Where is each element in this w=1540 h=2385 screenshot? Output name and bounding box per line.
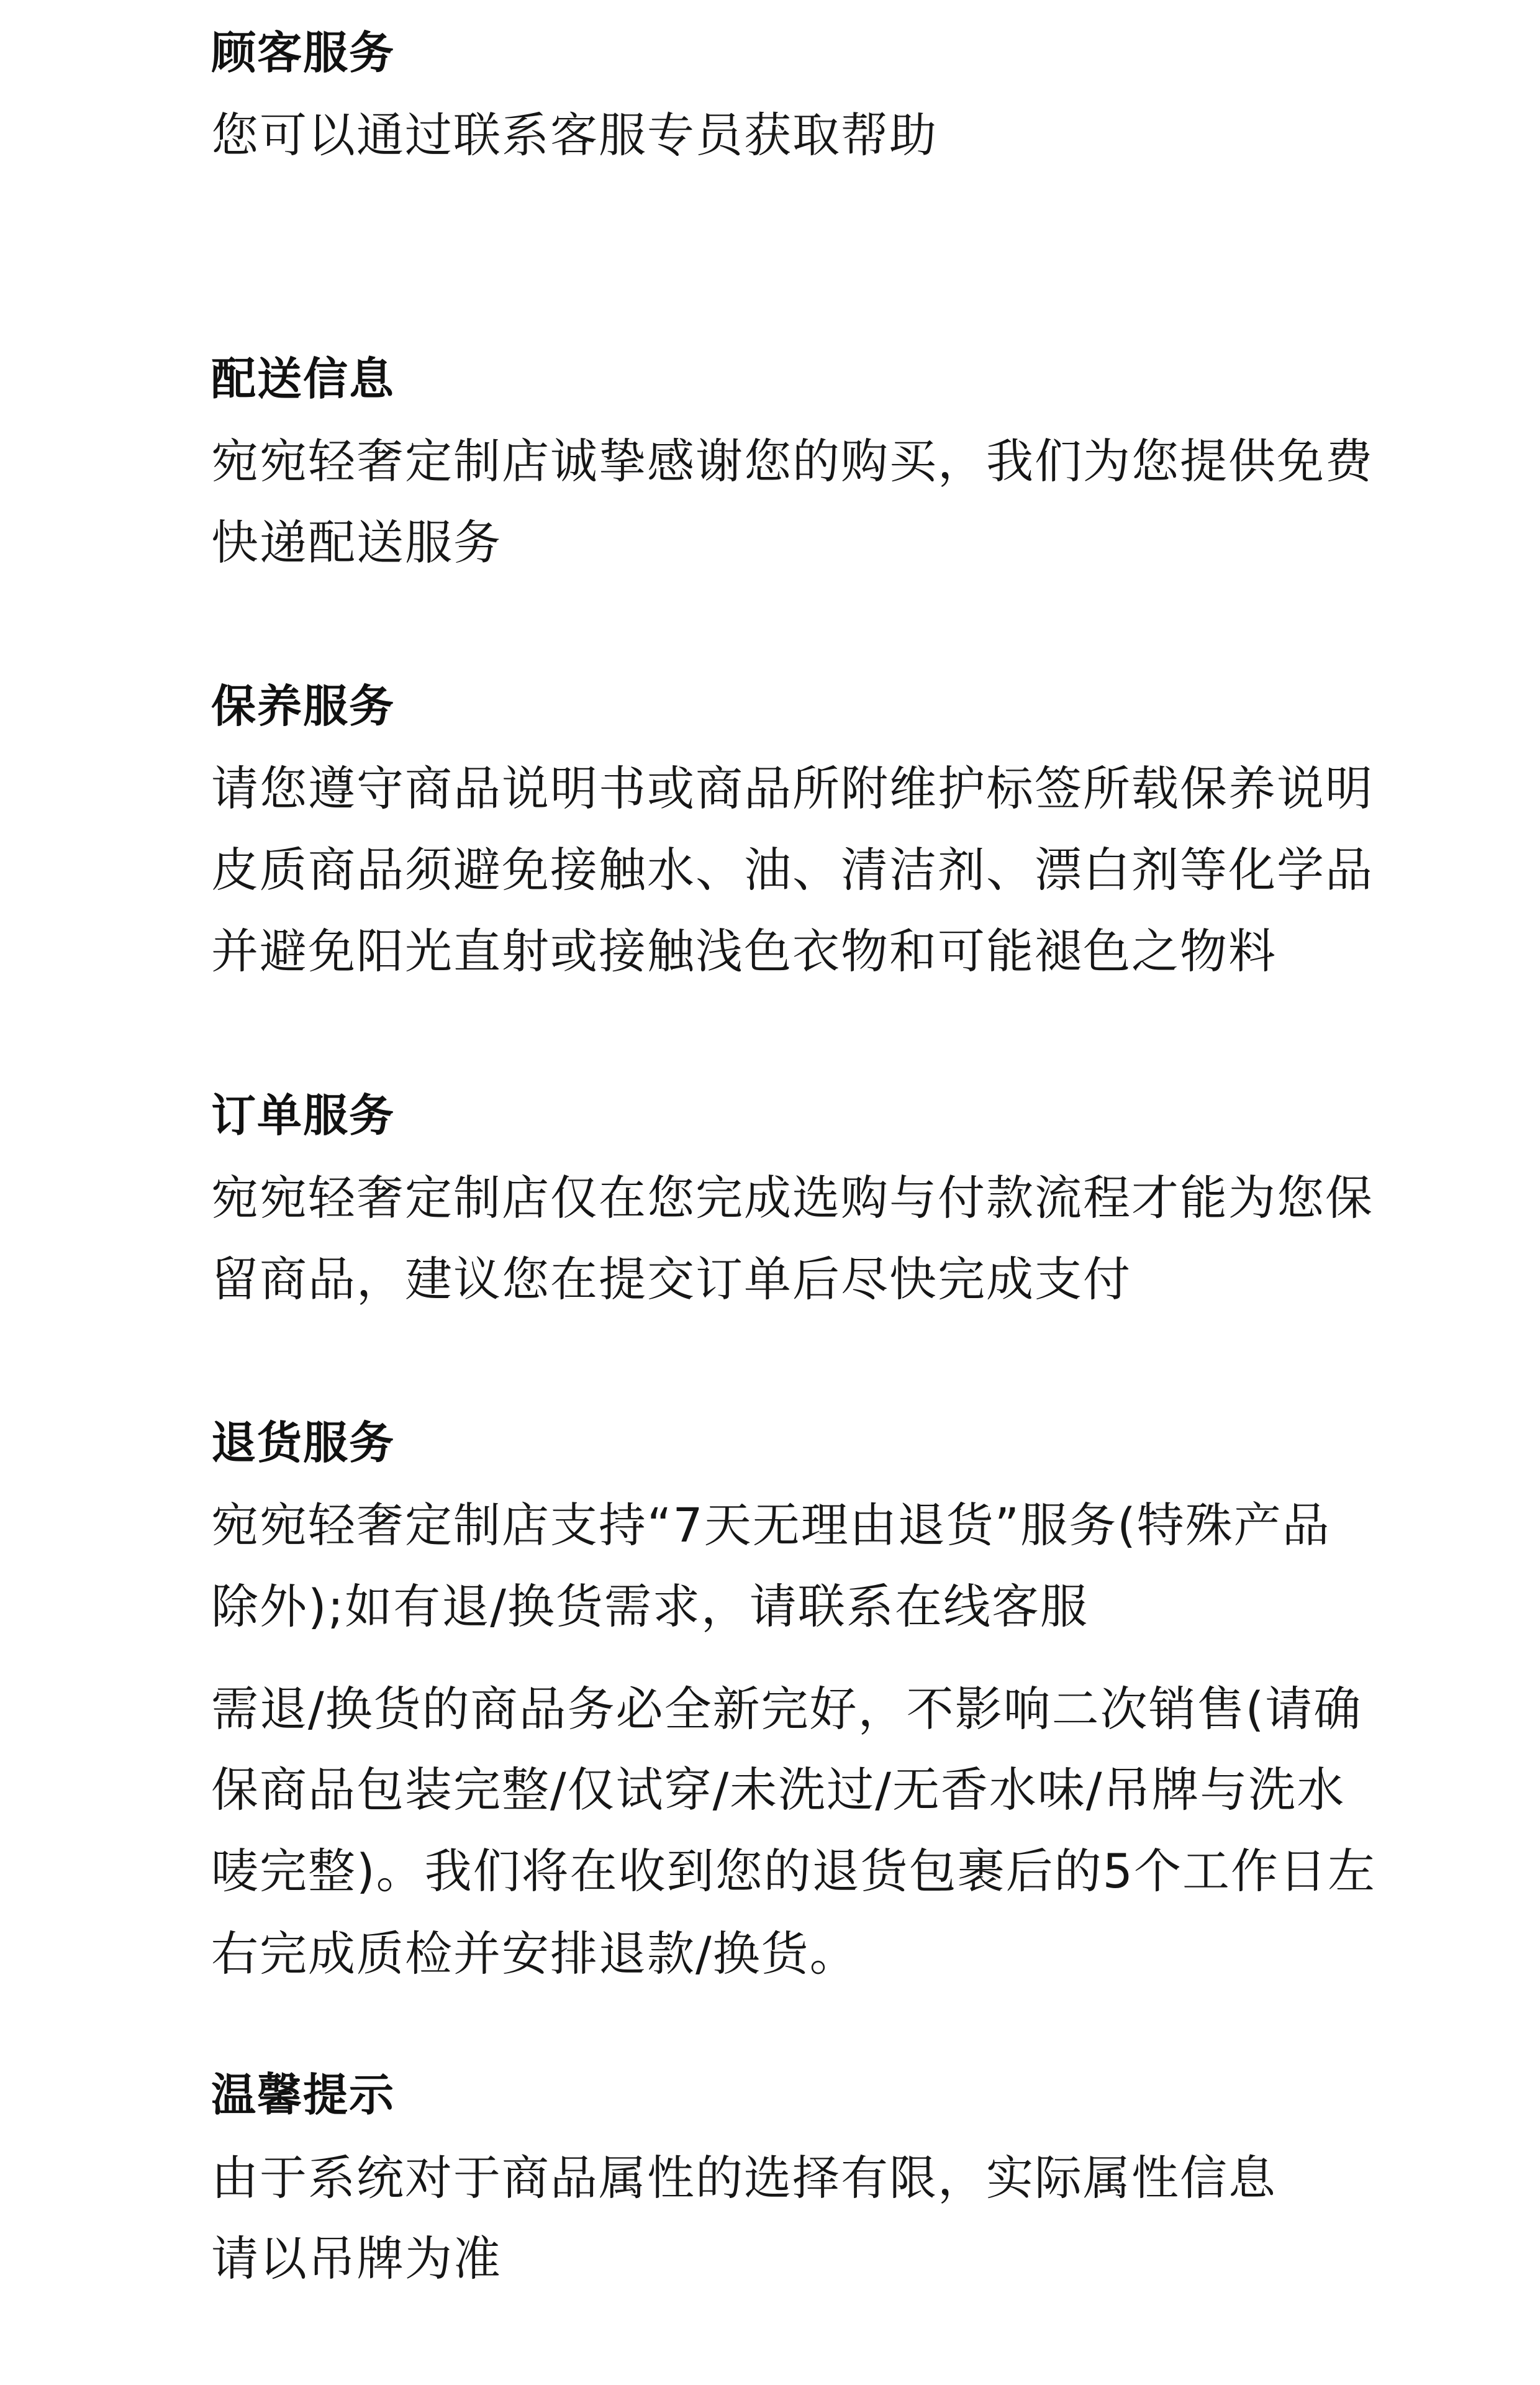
care-text-line: 并避免阳光直射或接触浅色衣物和可能褪色之物料 xyxy=(211,928,1277,975)
return-text-line: 宛宛轻奢定制店支持“7天无理由退货”服务(特殊产品 xyxy=(211,1502,1331,1549)
care-text-line: 请您遵守商品说明书或商品所附维护标签所载保养说明 xyxy=(211,765,1374,812)
delivery-text-line: 宛宛轻奢定制店诚挚感谢您的购买，我们为您提供免费 xyxy=(211,438,1374,485)
heading-customer-service: 顾客服务 xyxy=(211,30,395,75)
tips-text-line: 由于系统对于商品属性的选择有限，实际属性信息 xyxy=(211,2155,1277,2202)
heading-return-service: 退货服务 xyxy=(211,1420,395,1465)
tips-text-line: 请以吊牌为准 xyxy=(211,2235,502,2283)
customer-service-text: 您可以通过联系客服专员获取帮助 xyxy=(211,112,938,159)
return-text-line: 保商品包装完整/仅试穿/未洗过/无香水味/吊牌与洗水 xyxy=(211,1766,1345,1814)
heading-order-service: 订单服务 xyxy=(211,1093,395,1138)
return-text-line: 需退/换货的商品务必全新完好，不影响二次销售(请确 xyxy=(211,1686,1362,1733)
care-text-line: 皮质商品须避免接触水、油、清洁剂、漂白剂等化学品 xyxy=(211,847,1374,894)
return-text-line: 除外);如有退/换货需求，请联系在线客服 xyxy=(211,1583,1089,1630)
heading-care-service: 保养服务 xyxy=(211,684,395,729)
heading-warm-tips: 温馨提示 xyxy=(211,2073,395,2117)
return-text-line: 唛完整)。我们将在收到您的退货包裹后的5个工作日左 xyxy=(211,1848,1376,1895)
order-text-line: 宛宛轻奢定制店仅在您完成选购与付款流程才能为您保 xyxy=(211,1174,1374,1222)
return-text-line: 右完成质检并安排退款/换货。 xyxy=(211,1930,858,1978)
heading-delivery-info: 配送信息 xyxy=(211,357,395,401)
order-text-line: 留商品，建议您在提交订单后尽快完成支付 xyxy=(211,1256,1131,1303)
delivery-text-line: 快递配送服务 xyxy=(211,519,502,566)
